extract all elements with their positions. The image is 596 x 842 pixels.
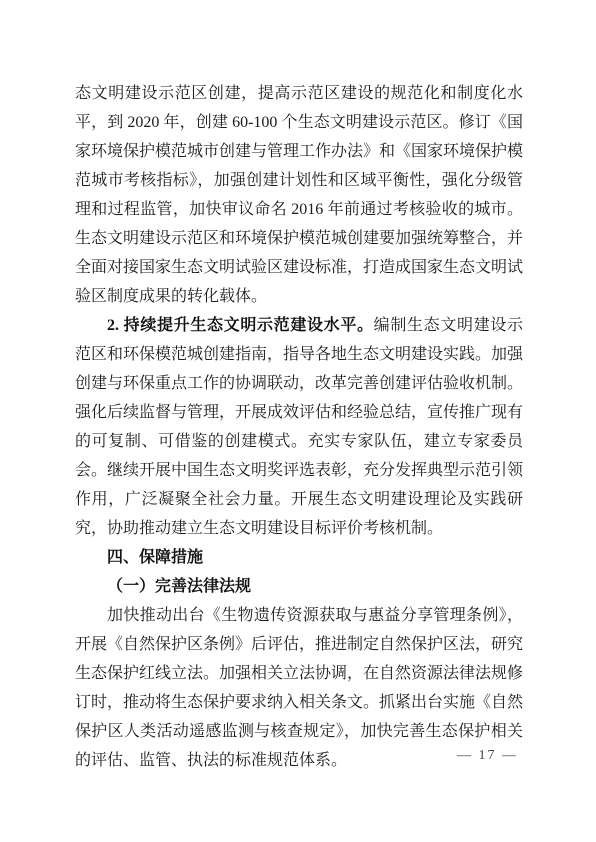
paragraph-2-body-text: 编制生态文明建设示范区和环保模范城创建指南，指导各地生态文明建设实践。加强创建与… (75, 317, 523, 537)
page-footer: — 17 — (457, 746, 518, 766)
paragraph-2-bold-lead: 2. 持续提升生态文明示范建设水平。 (107, 317, 374, 334)
subsection-heading: （一）完善法律法规 (75, 572, 523, 601)
paragraph-continuation: 态文明建设示范区创建，提高示范区建设的规范化和制度化水平，到 2020 年，创建… (75, 79, 523, 311)
paragraph-3: 加快推动出台《生物遗传资源获取与惠益分享管理条例》，开展《自然保护区条例》后评估… (75, 601, 523, 775)
paragraph-2: 2. 持续提升生态文明示范建设水平。编制生态文明建设示范区和环保模范城创建指南，… (75, 311, 523, 543)
page-number: — 17 — (457, 748, 518, 763)
document-page-content: 态文明建设示范区创建，提高示范区建设的规范化和制度化水平，到 2020 年，创建… (75, 79, 523, 775)
section-heading: 四、保障措施 (75, 543, 523, 572)
